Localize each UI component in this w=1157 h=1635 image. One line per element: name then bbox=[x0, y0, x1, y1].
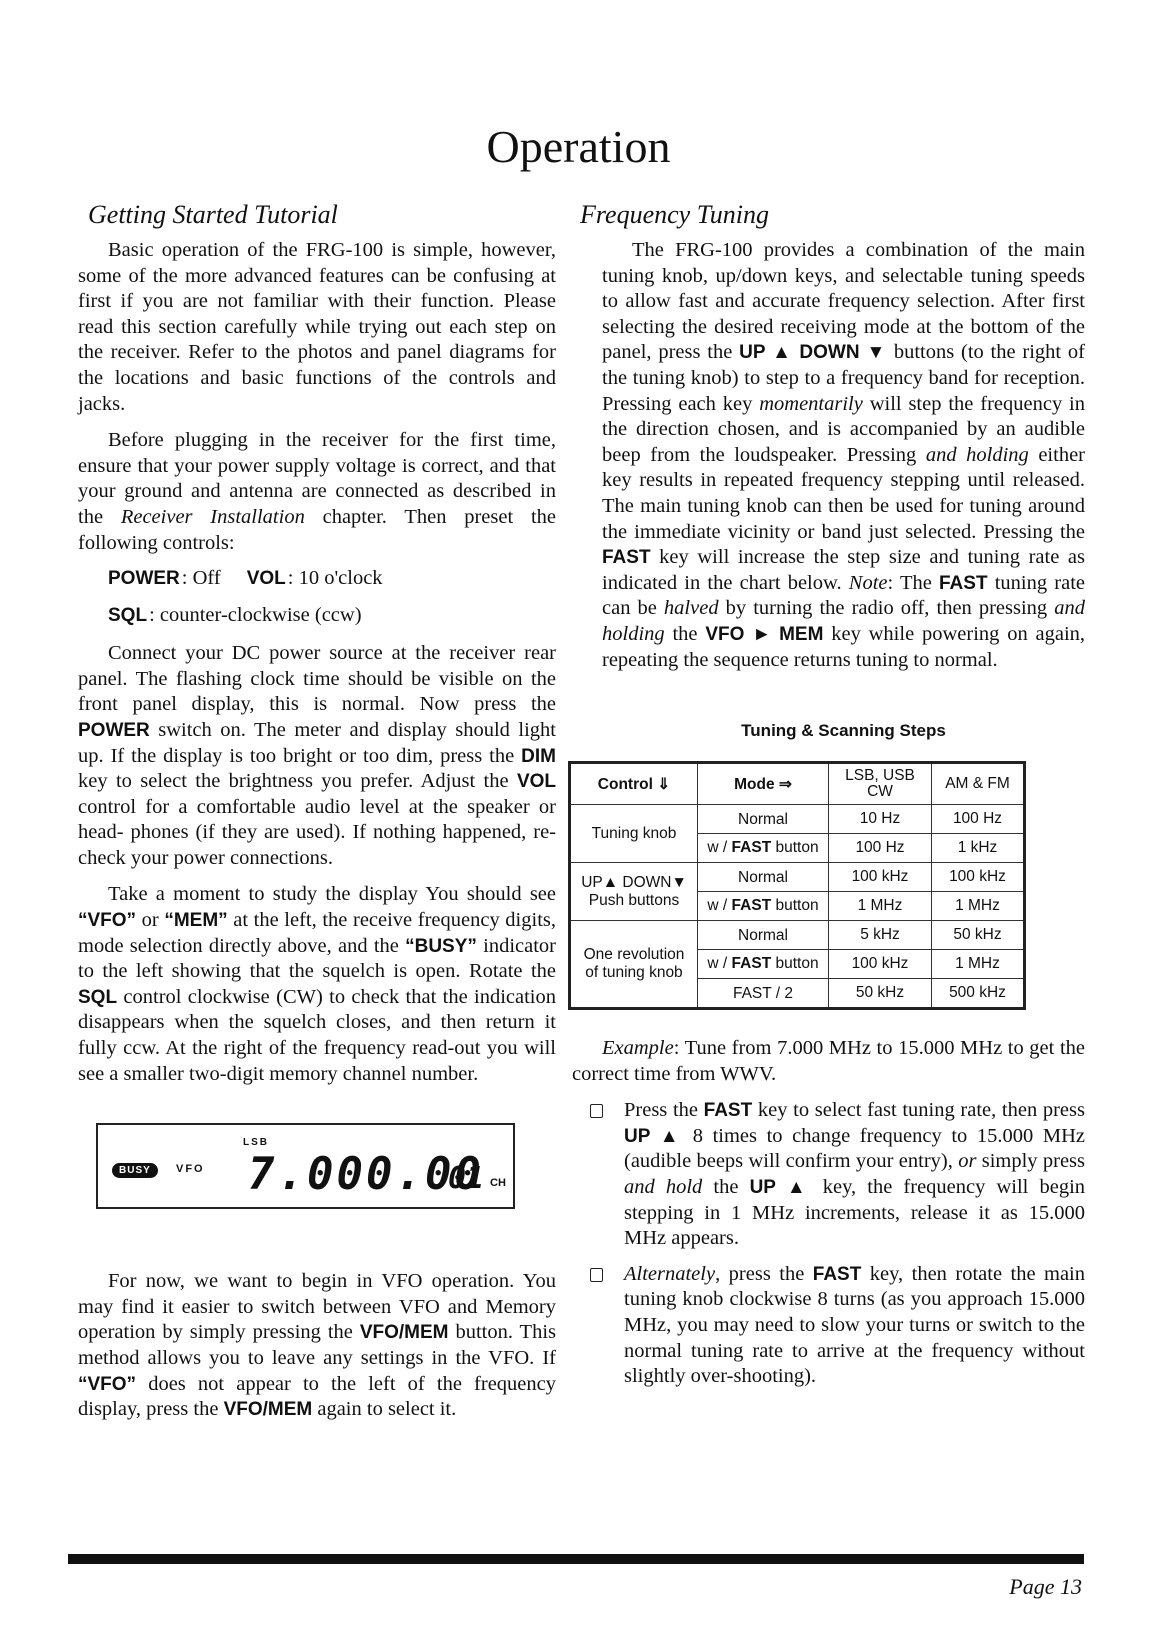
busy-indicator: BUSY bbox=[112, 1163, 158, 1178]
amfm-step-cell: 1 MHz bbox=[932, 892, 1025, 921]
ssb-step-cell: 100 kHz bbox=[829, 863, 932, 892]
right-column: Frequency Tuning The FRG-100 provides a … bbox=[602, 200, 1085, 1400]
tuning-steps-table: Control ⇓ Mode ⇒ LSB, USB CW AM & FM Tun… bbox=[568, 761, 1026, 1010]
vol-label: VOL bbox=[247, 568, 286, 589]
power-label: POWER bbox=[108, 568, 180, 589]
sql-label: SQL bbox=[108, 605, 147, 626]
footer-rule bbox=[68, 1554, 1084, 1564]
ssb-step-cell: 1 MHz bbox=[829, 892, 932, 921]
paragraph-frequency-tuning: The FRG-100 provides a combination of th… bbox=[602, 238, 1085, 673]
mode-cell: Normal bbox=[698, 863, 829, 892]
left-column: Getting Started Tutorial Basic operation… bbox=[78, 200, 556, 1434]
ssb-step-cell: 100 Hz bbox=[829, 834, 932, 863]
paragraph-example: Example: Tune from 7.000 MHz to 15.000 M… bbox=[572, 1036, 1085, 1087]
mode-indicator: LSB bbox=[243, 1137, 269, 1148]
ssb-step-cell: 5 kHz bbox=[829, 921, 932, 950]
mode-cell: w / FAST button bbox=[698, 834, 829, 863]
table-row: UP▲ DOWN▼ Push buttons Normal 100 kHz 10… bbox=[570, 863, 1025, 892]
header-mode: Mode ⇒ bbox=[698, 763, 829, 805]
paragraph-connect-power: Connect your DC power source at the rece… bbox=[78, 641, 556, 871]
paragraph-before-plugging: Before plugging in the receiver for the … bbox=[78, 428, 556, 556]
mode-cell: Normal bbox=[698, 921, 829, 950]
ssb-step-cell: 50 kHz bbox=[829, 979, 932, 1009]
memory-channel-number: 01 bbox=[448, 1161, 484, 1196]
section-heading-getting-started: Getting Started Tutorial bbox=[88, 200, 556, 230]
page-number: Page 13 bbox=[1009, 1574, 1082, 1600]
preset-controls-line-2: SQL: counter-clockwise (ccw) bbox=[108, 604, 556, 627]
steps-list: Press the FAST key to select fast tuning… bbox=[602, 1098, 1085, 1390]
amfm-step-cell: 1 kHz bbox=[932, 834, 1025, 863]
list-item: Press the FAST key to select fast tuning… bbox=[602, 1098, 1085, 1252]
chapter-reference: Receiver Installation bbox=[121, 506, 305, 528]
table-row: One revolution of tuning knob Normal 5 k… bbox=[570, 921, 1025, 950]
paragraph-intro: Basic operation of the FRG-100 is simple… bbox=[78, 238, 556, 417]
amfm-step-cell: 500 kHz bbox=[932, 979, 1025, 1009]
channel-label: CH bbox=[490, 1177, 506, 1189]
mode-cell: w / FAST button bbox=[698, 892, 829, 921]
page-title: Operation bbox=[0, 120, 1157, 173]
control-cell: UP▲ DOWN▼ Push buttons bbox=[570, 863, 698, 921]
checkbox-bullet-icon bbox=[590, 1104, 603, 1118]
amfm-step-cell: 50 kHz bbox=[932, 921, 1025, 950]
amfm-step-cell: 100 kHz bbox=[932, 863, 1025, 892]
mode-cell: FAST / 2 bbox=[698, 979, 829, 1009]
control-cell: Tuning knob bbox=[570, 805, 698, 863]
mode-cell: Normal bbox=[698, 805, 829, 834]
header-am-fm: AM & FM bbox=[932, 763, 1025, 805]
table-header-row: Control ⇓ Mode ⇒ LSB, USB CW AM & FM bbox=[570, 763, 1025, 805]
list-item: Alternately, press the FAST key, then ro… bbox=[602, 1262, 1085, 1390]
preset-controls-line-1: POWER: OffVOL: 10 o'clock bbox=[108, 567, 556, 590]
table-title: Tuning & Scanning Steps bbox=[602, 721, 1085, 741]
table-row: Tuning knob Normal 10 Hz 100 Hz bbox=[570, 805, 1025, 834]
amfm-step-cell: 1 MHz bbox=[932, 950, 1025, 979]
paragraph-vfo-operation: For now, we want to begin in VFO operati… bbox=[78, 1269, 556, 1423]
amfm-step-cell: 100 Hz bbox=[932, 805, 1025, 834]
control-cell: One revolution of tuning knob bbox=[570, 921, 698, 1009]
header-ssb-cw: LSB, USB CW bbox=[829, 763, 932, 805]
lcd-display-diagram: BUSY VFO LSB 7.000.00 01 CH bbox=[96, 1123, 515, 1209]
ssb-step-cell: 100 kHz bbox=[829, 950, 932, 979]
checkbox-bullet-icon bbox=[590, 1268, 603, 1282]
vfo-indicator: VFO bbox=[176, 1163, 205, 1175]
mode-cell: w / FAST button bbox=[698, 950, 829, 979]
ssb-step-cell: 10 Hz bbox=[829, 805, 932, 834]
header-control: Control ⇓ bbox=[570, 763, 698, 805]
paragraph-study-display: Take a moment to study the display You s… bbox=[78, 882, 556, 1087]
section-heading-frequency-tuning: Frequency Tuning bbox=[580, 200, 1085, 230]
